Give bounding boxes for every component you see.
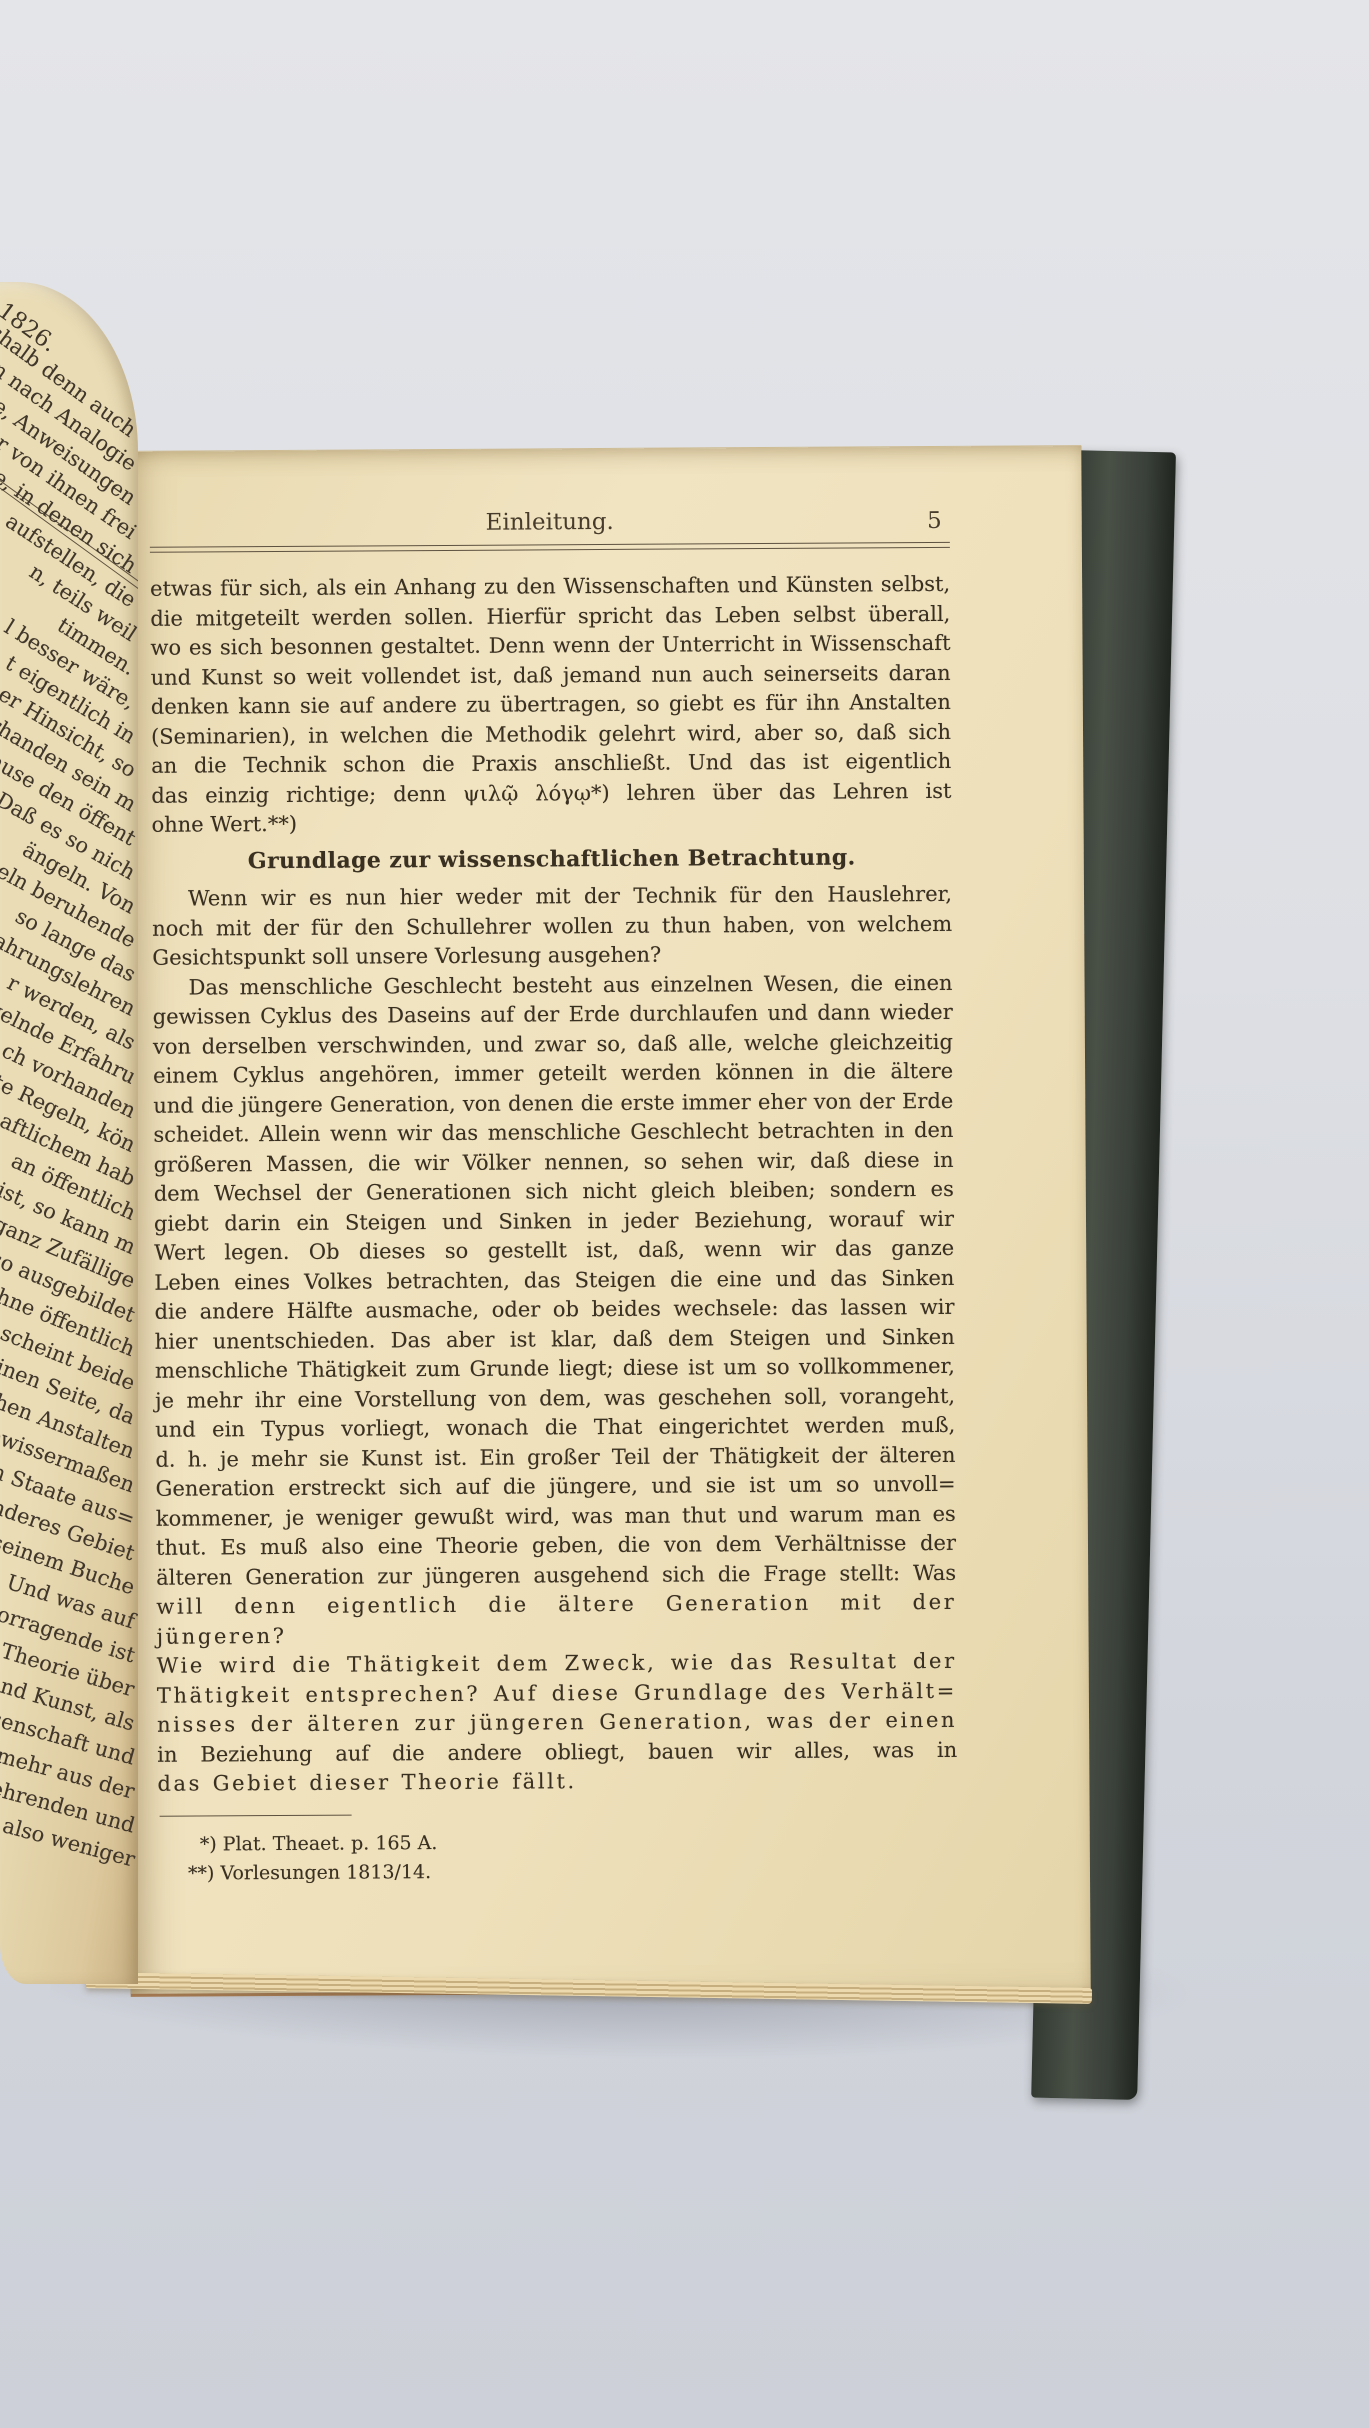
text-line: d. h. je mehr sie Kunst ist. Ein großer … xyxy=(155,1440,955,1474)
text-line: in Beziehung auf die andere obliegt, bau… xyxy=(157,1735,957,1769)
text-line: das einzig richtige; denn ψιλῷ λόγῳ*) le… xyxy=(151,776,951,810)
text-line: hier unentschieden. Das aber ist klar, d… xyxy=(155,1322,955,1356)
text-line: das Gebiet dieser Theorie fällt. xyxy=(157,1765,957,1799)
text-line: Generation erstreckt sich auf die jünger… xyxy=(156,1470,956,1504)
text-line: etwas für sich, als ein Anhang zu den Wi… xyxy=(150,570,950,604)
text-line: will denn eigentlich die ältere Generati… xyxy=(156,1588,956,1652)
text-line: einem Cyklus angehören, immer geteilt we… xyxy=(153,1057,953,1091)
book-photo: Einleitung. 5 etwas für sich, als ein An… xyxy=(0,0,1369,2428)
text-line: scheidet. Allein wenn wir das menschlich… xyxy=(153,1116,953,1150)
text-line: (Seminarien), in welchen die Methodik ge… xyxy=(151,717,951,751)
text-line: und Kunst so weit vollendet ist, daß jem… xyxy=(151,658,951,692)
text-line: Wie wird die Thätigkeit dem Zweck, wie d… xyxy=(157,1647,957,1681)
text-line: wo es sich besonnen gestaltet. Denn wenn… xyxy=(150,629,950,663)
text-line: ohne Wert.**) xyxy=(151,806,951,840)
text-line: Wenn wir es nun hier weder mit der Techn… xyxy=(152,880,952,914)
text-line: nisses der älteren zur jüngeren Generati… xyxy=(157,1706,957,1740)
paragraph: Wenn wir es nun hier weder mit der Techn… xyxy=(152,880,953,973)
footnote-2: **) Vorlesungen 1813/14. xyxy=(158,1854,958,1888)
text-line: und die jüngere Generation, von denen di… xyxy=(153,1086,953,1120)
page-header: Einleitung. 5 xyxy=(150,507,950,538)
text-line: Wert legen. Ob dieses so gestellt ist, d… xyxy=(154,1234,954,1268)
text-line: Gesichtspunkt soll unsere Vorlesung ausg… xyxy=(152,939,952,973)
text-line: giebt darin ein Steigen und Sinken in je… xyxy=(154,1204,954,1238)
text-line: kommener, je weniger gewußt wird, was ma… xyxy=(156,1499,956,1533)
text-line: größeren Massen, die wir Völker nennen, … xyxy=(154,1145,954,1179)
paragraph: Das menschliche Geschlecht besteht aus e… xyxy=(152,968,957,1799)
text-line: Das menschliche Geschlecht besteht aus e… xyxy=(152,968,952,1002)
text-line: menschliche Thätigkeit zum Grunde liegt;… xyxy=(155,1352,955,1386)
text-line: dem Wechsel der Generationen sich nicht … xyxy=(154,1175,954,1209)
text-line: noch mit der für den Schullehrer wollen … xyxy=(152,909,952,943)
header-rule xyxy=(150,542,950,553)
running-header: Einleitung. xyxy=(486,509,614,536)
footnote-rule xyxy=(160,1814,352,1816)
text-line: thut. Es muß also eine Theorie geben, di… xyxy=(156,1529,956,1563)
text-line: gewissen Cyklus des Daseins auf der Erde… xyxy=(153,998,953,1032)
text-line: die mitgeteilt werden sollen. Hierfür sp… xyxy=(150,599,950,633)
text-line: von derselben verschwinden, und zwar so,… xyxy=(153,1027,953,1061)
right-page: Einleitung. 5 etwas für sich, als ein An… xyxy=(121,445,1090,1997)
left-page-curl: 1826. ; weshalb denn auchdas man nach An… xyxy=(0,282,138,1984)
text-line: an die Technik schon die Praxis anschlie… xyxy=(151,747,951,781)
text-line: Leben eines Volkes betrachten, das Steig… xyxy=(154,1263,954,1297)
left-page-fragments: ; weshalb denn auchdas man nach Analogie… xyxy=(0,282,138,1984)
page-number: 5 xyxy=(927,508,942,534)
text-line: und ein Typus vorliegt, wonach die That … xyxy=(155,1411,955,1445)
text-line: je mehr ihr eine Vorstellung von dem, wa… xyxy=(155,1381,955,1415)
page-body: etwas für sich, als ein Anhang zu den Wi… xyxy=(150,570,958,1888)
paragraph-continuation: etwas für sich, als ein Anhang zu den Wi… xyxy=(150,570,952,840)
text-line: die andere Hälfte ausmache, oder ob beid… xyxy=(154,1293,954,1327)
text-line: denken kann sie auf andere zu übertragen… xyxy=(151,688,951,722)
section-heading: Grundlage zur wissenschaftlichen Betrach… xyxy=(152,842,952,876)
text-line: älteren Generation zur jüngeren ausgehen… xyxy=(156,1558,956,1592)
